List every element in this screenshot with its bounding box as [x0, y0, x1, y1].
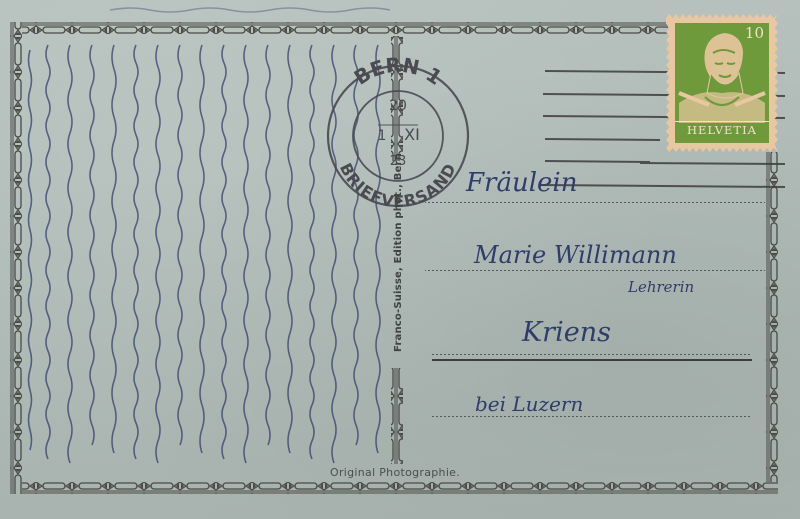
address-recipient-title: Lehrerin	[628, 278, 694, 296]
address-city: Kriens	[522, 317, 611, 348]
original-photographie-label: Original Photographie.	[330, 466, 460, 479]
postmark-city: BERN 1	[350, 53, 447, 90]
publisher-credit: Franco-Suisse, Edition phot., Bern	[393, 153, 404, 352]
stamp-design: 10 HELVETIA	[675, 23, 769, 143]
stamp-country-label: HELVETIA	[675, 121, 769, 139]
postage-stamp: 10 HELVETIA	[666, 14, 778, 152]
address-salutation: Fräulein	[466, 168, 577, 198]
postmark-day: 1	[378, 128, 387, 144]
stamp-value: 10	[745, 25, 764, 41]
postcard-back: BERN 1 BRIEFVERSAND 20 XI 1 23 10 HELVET…	[0, 0, 800, 519]
address-region: bei Luzern	[475, 392, 583, 416]
address-recipient-name: Marie Willimann	[474, 241, 677, 269]
postmark-time: 20	[389, 98, 407, 114]
postmark-month: XI	[404, 125, 420, 144]
